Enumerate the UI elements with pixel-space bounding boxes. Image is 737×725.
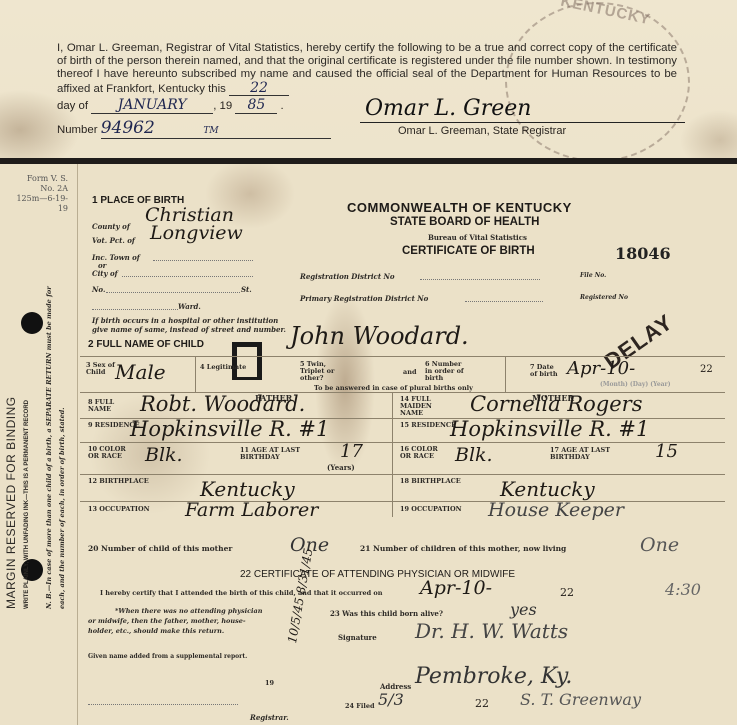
attest-date-value: Apr-10- (420, 577, 492, 599)
document-page: KENTUCKY I, Omar L. Greeman, Registrar o… (0, 0, 737, 725)
mother-birthplace-value: Kentucky (500, 477, 595, 501)
signature-line (360, 122, 685, 123)
filed-by-value: S. T. Greenway (520, 690, 641, 709)
father-residence-value: Hopkinsville R. #1 (130, 417, 329, 441)
margin-note-ink: WRITE PLAINLY, WITH UNFADING INK—THIS IS… (24, 400, 30, 609)
child-name-value: John Woodard. (290, 322, 469, 350)
child-name-label: 2 FULL NAME OF CHILD (88, 339, 204, 350)
filed-date-value: 5/3 (378, 690, 404, 709)
ink-blot (232, 342, 262, 380)
mother-race-value: Blk. (455, 444, 493, 466)
registrar-caption: Omar L. Greeman, State Registrar (398, 125, 566, 137)
certification-block: I, Omar L. Greeman, Registrar of Vital S… (57, 42, 677, 96)
day-value: 22 (229, 82, 289, 96)
margin-title: MARGIN RESERVED FOR BINDING (4, 396, 18, 609)
voting-precinct-value: Longview (150, 222, 243, 244)
header-bureau: Bureau of Vital Statistics (428, 233, 527, 242)
born-alive-value: yes (510, 600, 537, 619)
number-value: 94962 TM (101, 118, 331, 139)
father-age-value: 17 (340, 441, 363, 462)
physician-signature-value: Dr. H. W. Watts (415, 619, 568, 643)
registrar-signature: Omar L. Green (365, 96, 531, 121)
date-row: day of JANUARY, 19 85 . (57, 97, 284, 114)
binding-hole (21, 312, 43, 334)
year-value: 85 (235, 97, 277, 114)
father-race-value: Blk. (145, 444, 183, 466)
dob-value: Apr-10- (567, 358, 635, 379)
father-name-value: Robt. Woodard. (140, 392, 305, 416)
certificate-number: 18046 (615, 244, 671, 263)
header-commonwealth: COMMONWEALTH OF KENTUCKY (347, 200, 572, 215)
mother-name-value: Cornelia Rogers (470, 392, 642, 416)
month-value: JANUARY (91, 97, 213, 114)
form-code: Form V. S. No. 2A 125m—6-19-19 (8, 174, 68, 214)
birth-certificate-form: Form V. S. No. 2A 125m—6-19-19 MARGIN RE… (0, 164, 737, 725)
attest-time-value: 4:30 (665, 580, 701, 599)
sex-value: Male (115, 360, 166, 384)
certification-paragraph: I, Omar L. Greeman, Registrar of Vital S… (57, 42, 677, 96)
header-board: STATE BOARD OF HEALTH (390, 216, 540, 228)
margin-note-separate: N. B.—In case of more than one child of … (45, 286, 53, 609)
mother-residence-value: Hopkinsville R. #1 (450, 417, 649, 441)
father-birthplace-value: Kentucky (200, 477, 295, 501)
father-occupation-value: Farm Laborer (185, 499, 318, 521)
number-row: Number 94962 TM (57, 118, 331, 139)
dob-year: 22 (700, 364, 713, 375)
children-living-value: One (640, 534, 679, 556)
mother-occupation-value: House Keeper (488, 499, 624, 521)
physician-address-value: Pembroke, Ky. (415, 664, 572, 689)
margin-note-order: each, and the number of each, in order o… (58, 407, 66, 609)
mother-age-value: 15 (655, 441, 678, 462)
header-certificate: CERTIFICATE OF BIRTH (402, 245, 535, 257)
